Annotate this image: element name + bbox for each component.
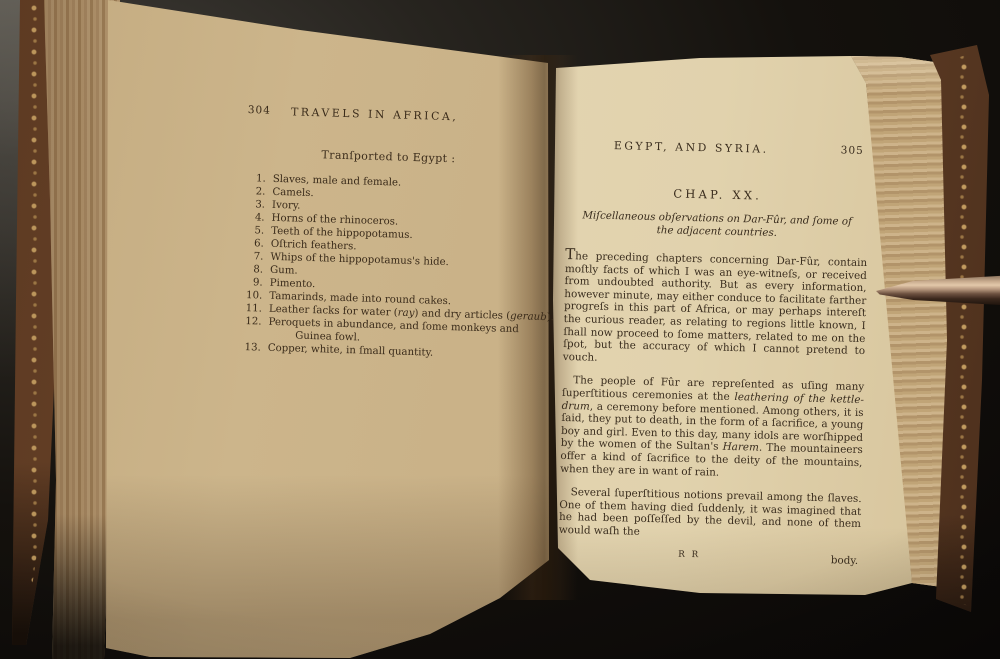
list-item-number: 1.: [244, 172, 266, 186]
list-item-text: Ivory.: [272, 199, 301, 213]
right-page-number: 305: [841, 144, 864, 157]
list-item-number: 2.: [243, 185, 265, 199]
list-item-number: 12.: [239, 315, 262, 342]
left-page-text: 304 TRAVELS IN AFRICA, Tranſported to Eg…: [239, 104, 534, 362]
list-item-text: Gum.: [270, 264, 298, 278]
list-item-number: 7.: [241, 250, 263, 264]
list-item-number: 10.: [240, 289, 262, 303]
list-item-number: 6.: [242, 237, 264, 251]
transport-list: 1.Slaves, male and female.2.Camels.3.Ivo…: [239, 172, 532, 362]
paragraph: The preceding chapters concerning Dar-Fû…: [563, 248, 868, 370]
list-item-text: Pimento.: [269, 277, 315, 291]
list-item-number: 9.: [241, 276, 263, 290]
signature-mark: R R: [558, 547, 820, 563]
catchword: body.: [831, 555, 859, 568]
list-item-number: 11.: [240, 302, 262, 316]
paragraphs: The preceding chapters concerning Dar-Fû…: [559, 248, 868, 544]
list-item-number: 3.: [243, 198, 265, 212]
paragraph: The people of Fûr are repreſented as uſi…: [560, 374, 864, 482]
list-item-text: Camels.: [272, 186, 314, 200]
chapter-heading: CHAP. XX.: [567, 184, 869, 205]
list-item-number: 8.: [241, 263, 263, 277]
chapter-description: Miſcellaneous obſervations on Dar-Fûr, a…: [566, 209, 869, 242]
list-item-number: 4.: [242, 211, 264, 225]
book-photo: 304 TRAVELS IN AFRICA, Tranſported to Eg…: [0, 0, 1000, 659]
list-item-number: 5.: [242, 224, 264, 238]
list-item-number: 13.: [239, 341, 261, 355]
right-page-text: EGYPT, AND SYRIA. 305 CHAP. XX. Miſcella…: [558, 138, 870, 567]
paragraph: Several ſuperſtitious notions prevail am…: [559, 486, 862, 543]
transport-list-title: Tranſported to Egypt :: [244, 146, 532, 168]
